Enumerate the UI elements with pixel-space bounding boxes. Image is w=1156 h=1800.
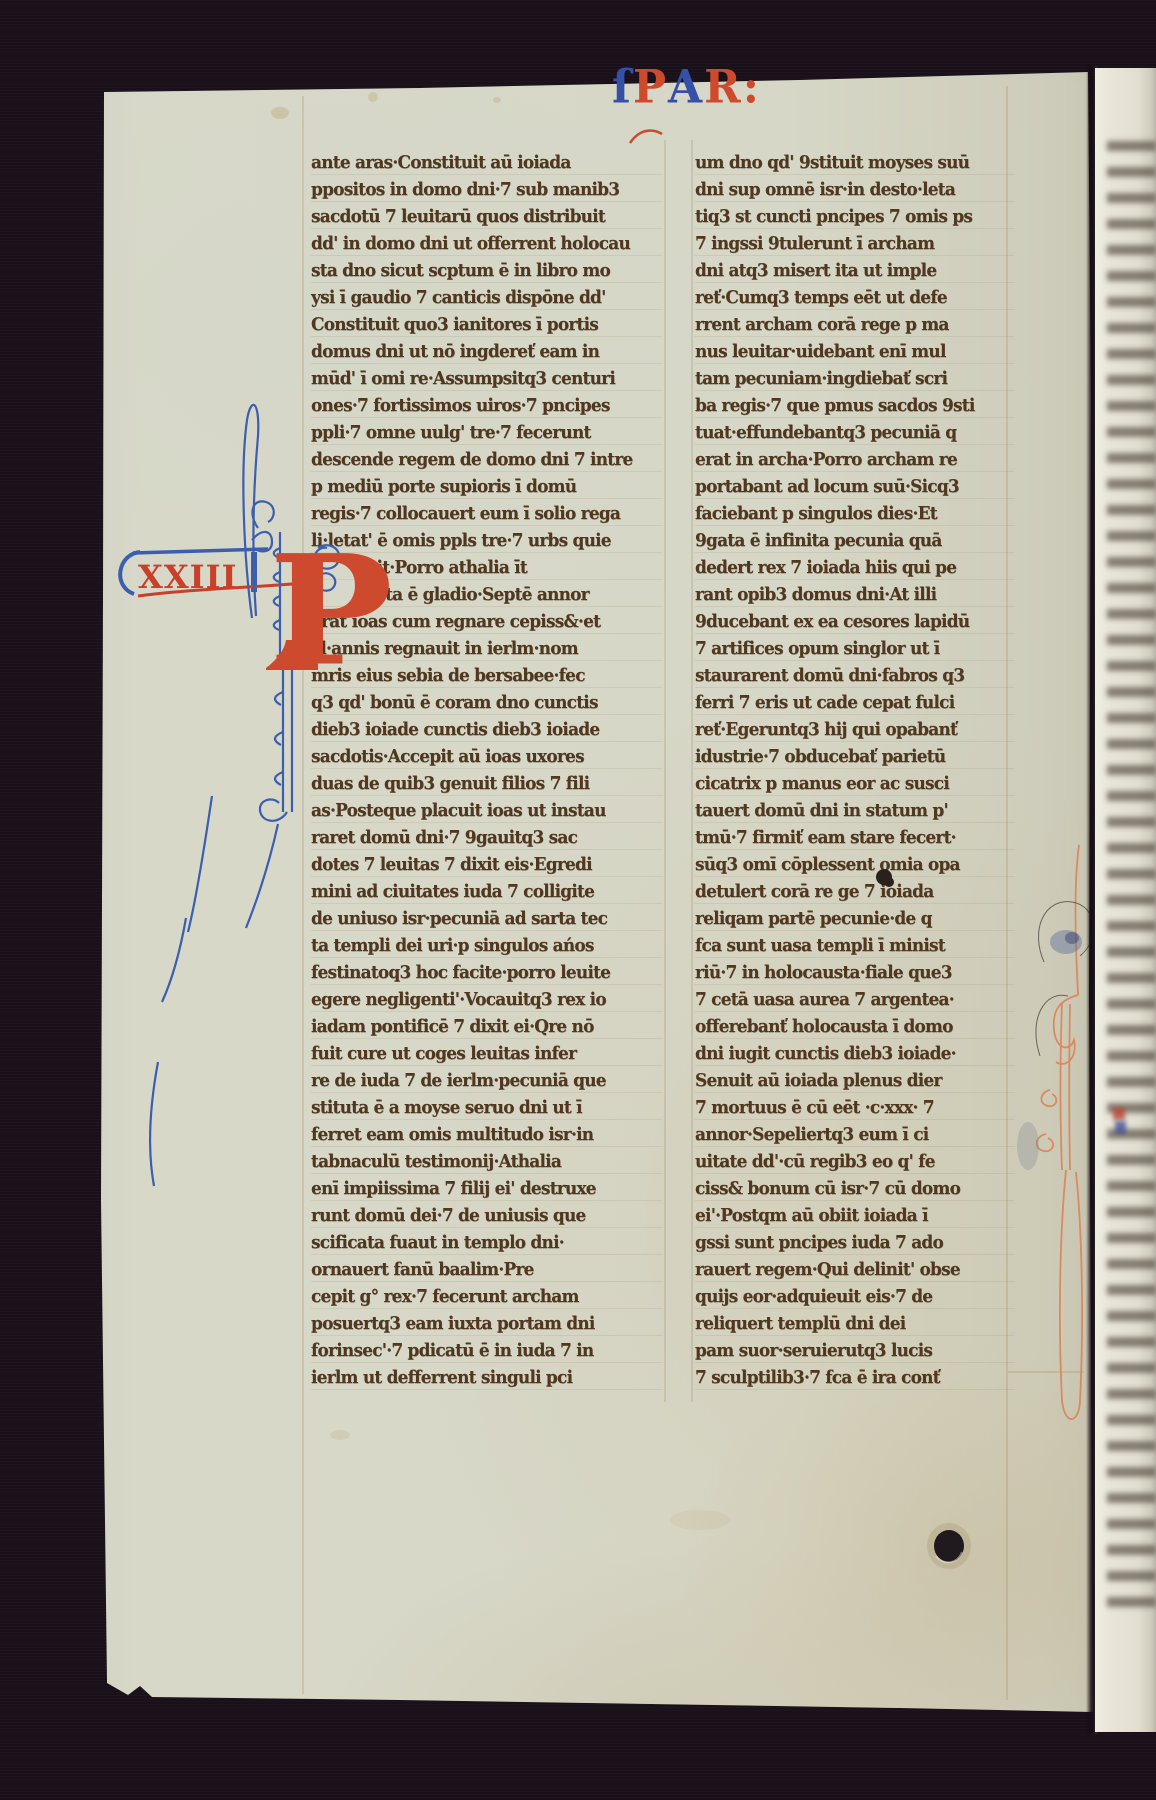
ink-dot xyxy=(876,869,894,887)
wormhole xyxy=(927,1523,971,1569)
penwork-flourish-right xyxy=(1017,845,1093,1419)
red-line-filler xyxy=(630,131,662,143)
initial-letter-p: P xyxy=(269,522,390,700)
chapter-number: XXIII xyxy=(120,549,292,596)
facing-page-edge xyxy=(1095,68,1156,1732)
facing-page-blurred-text xyxy=(1107,134,1156,1622)
photograph-background: ſPAR: ante aras·Constituit aū ioiadappos… xyxy=(0,0,1156,1800)
stains xyxy=(271,92,730,1530)
facing-page-rubric-blue xyxy=(1115,1121,1126,1134)
gray-smudge xyxy=(1017,1122,1039,1170)
ruling-lines xyxy=(303,86,1084,1700)
hairline-ink-curls xyxy=(1036,902,1094,1056)
page-decorations: XXIII xyxy=(0,0,1156,1800)
facing-page-rubric-red xyxy=(1113,1108,1125,1120)
illuminated-initial-p: P xyxy=(150,405,390,1186)
